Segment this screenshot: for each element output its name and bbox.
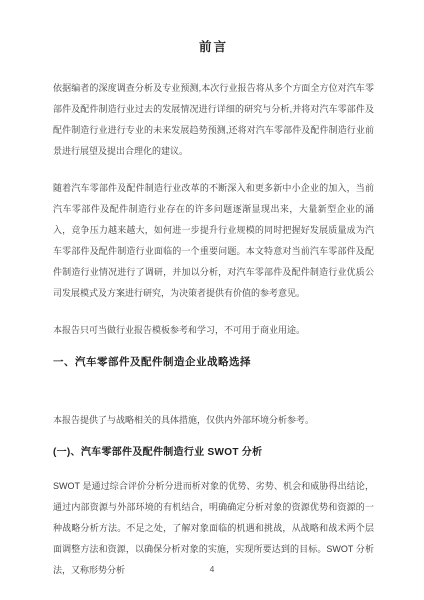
document-page: 前言 依据编者的深度调查分析及专业预测,本次行业报告将从多个方面全方位对汽车零部…: [0, 0, 424, 600]
section-heading-swot: (一)、汽车零部件及配件制造行业 SWOT 分析: [53, 445, 374, 460]
paragraph-intro-overview: 依据编者的深度调查分析及专业预测,本次行业报告将从多个方面全方位对汽车零部件及配…: [53, 78, 374, 162]
paragraph-industry-background: 随着汽车零部件及配件制造行业改革的不断深入和更多新中小企业的加入，当前汽车零部件…: [53, 178, 374, 304]
paragraph-strategy-note: 本报告提供了与战略相关的具体措施，仅供内外部环境分析参考。: [53, 410, 374, 431]
document-title: 前言: [53, 40, 374, 54]
page-number: 4: [0, 564, 424, 574]
section-heading-strategy: 一、汽车零部件及配件制造企业战略选择: [53, 355, 374, 370]
paragraph-usage-disclaimer: 本报告只可当做行业报告模板参考和学习，不可用于商业用途。: [53, 320, 374, 341]
